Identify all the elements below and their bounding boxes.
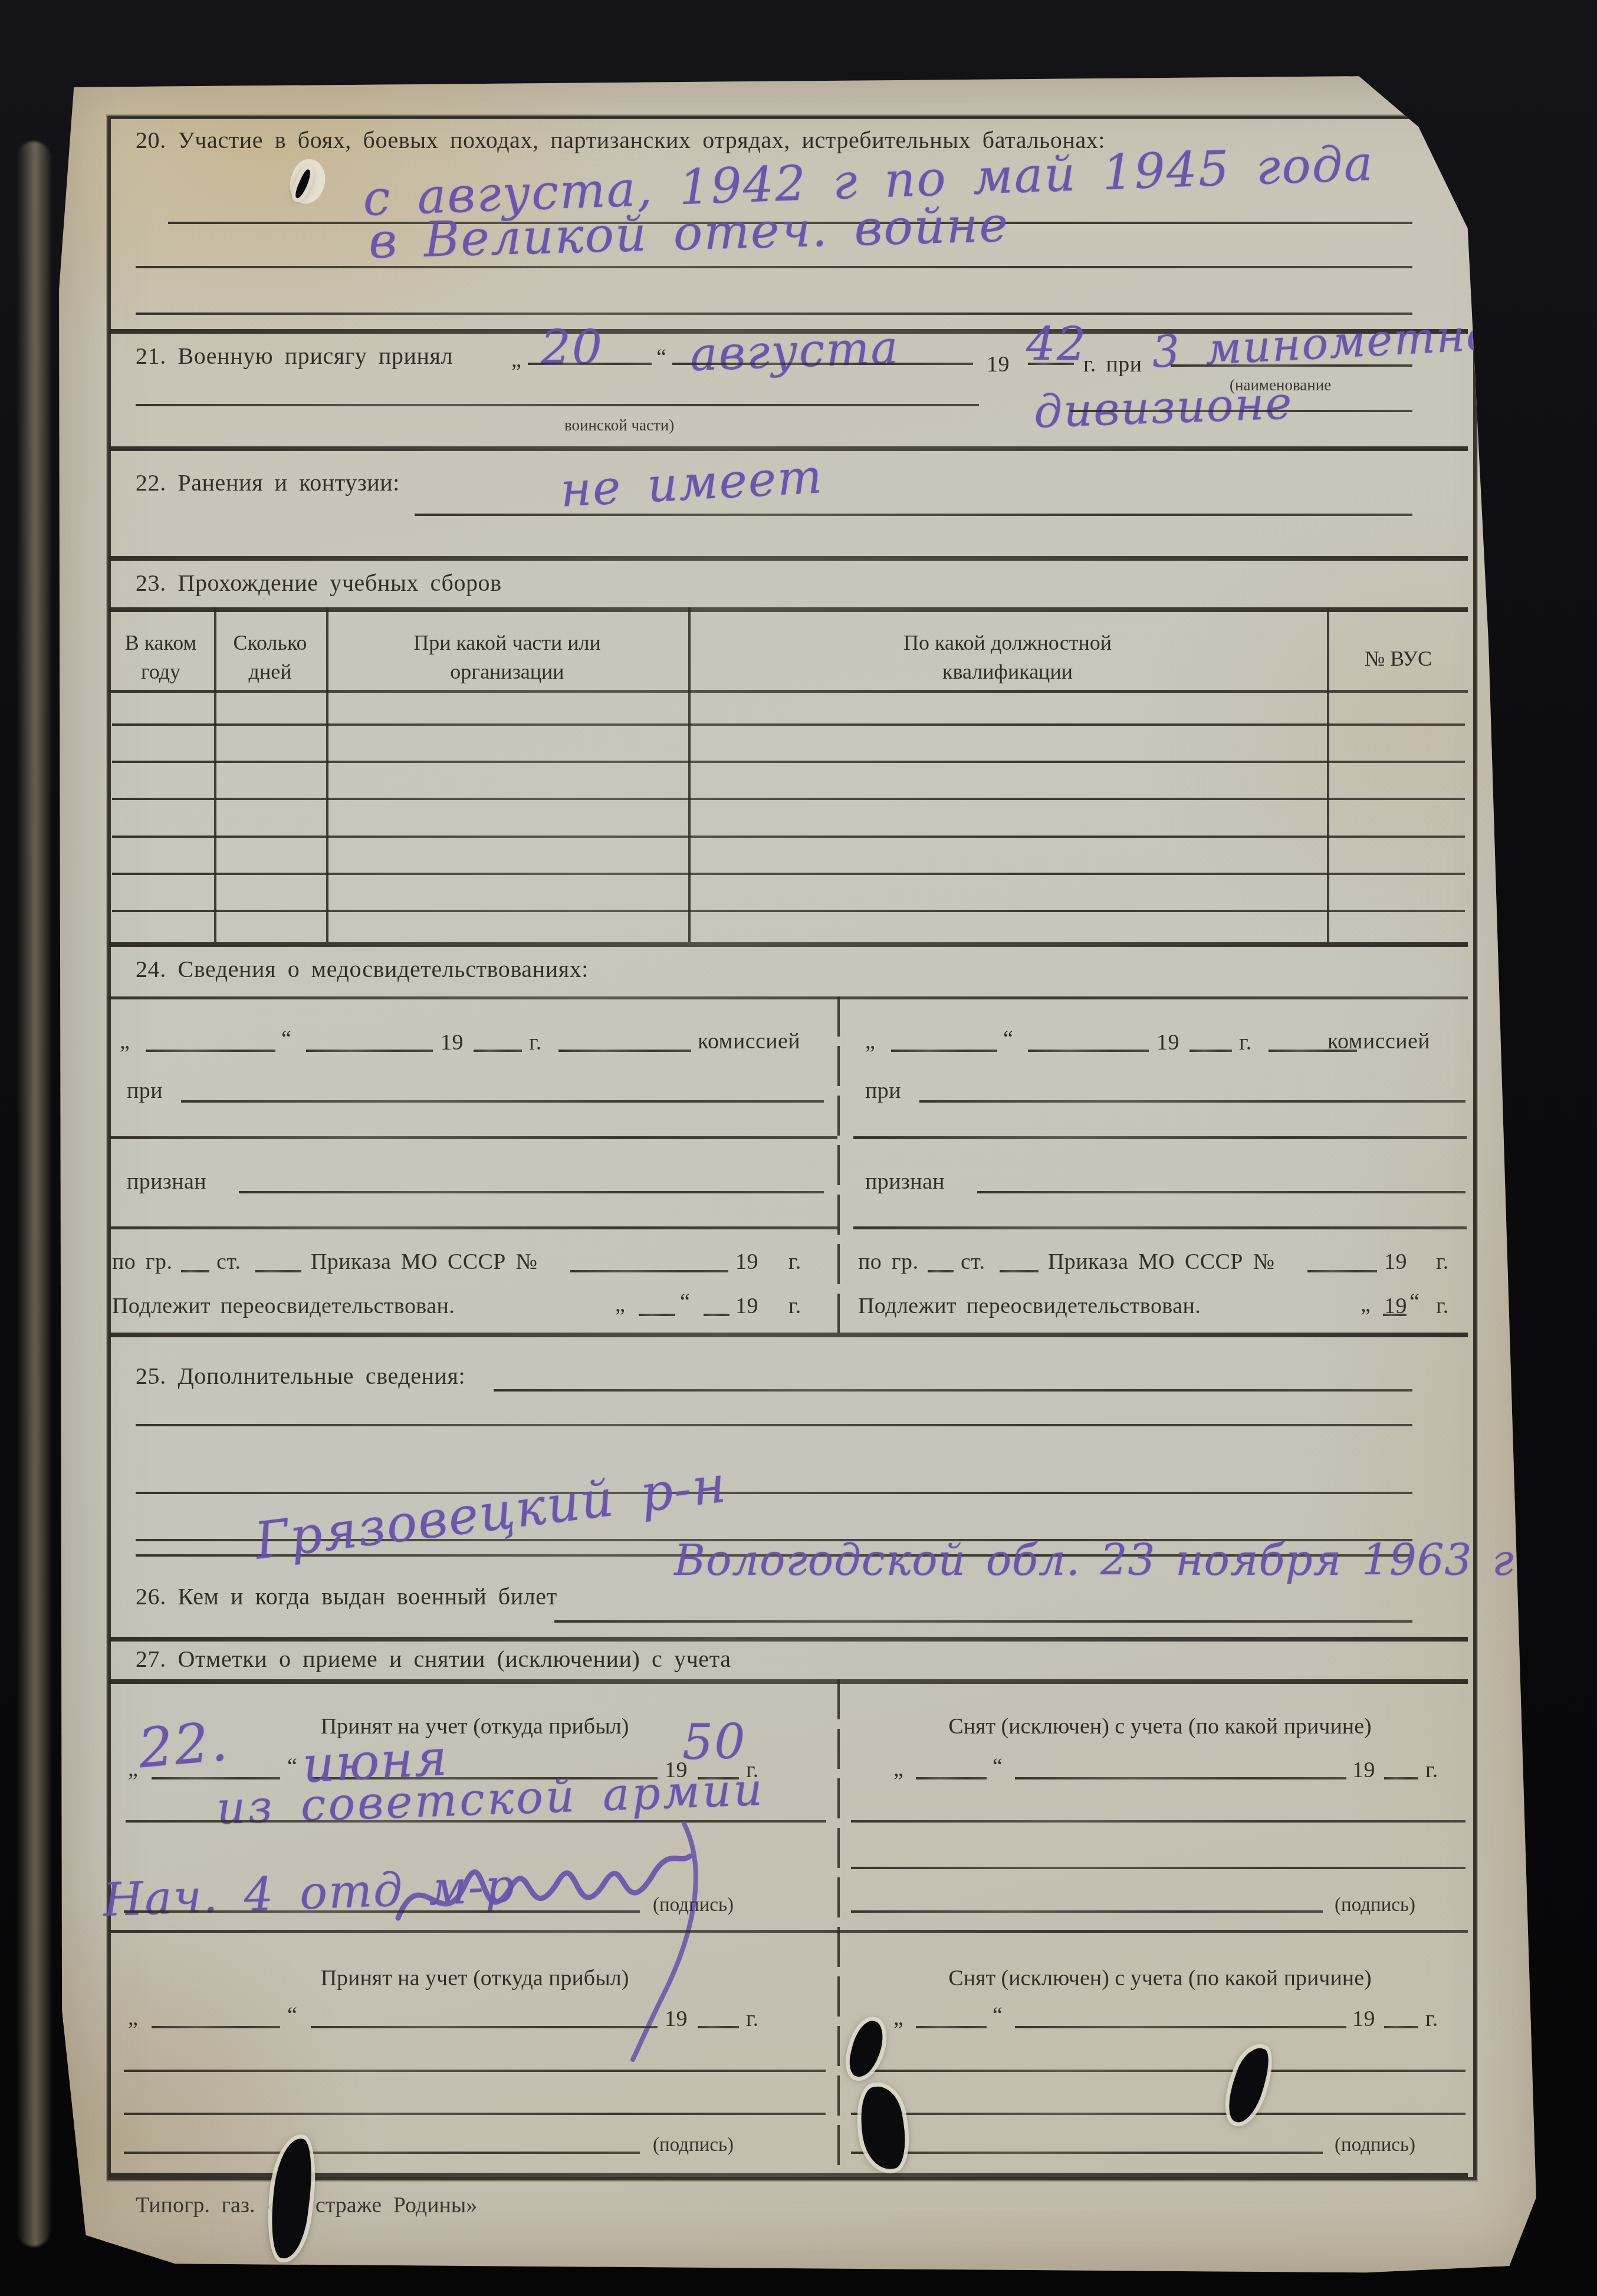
section-divider xyxy=(109,1333,1468,1337)
remove-header: Снят (исключен) с учета (по какой причин… xyxy=(853,1963,1467,1994)
column-divider xyxy=(688,607,691,942)
rule-line xyxy=(558,1050,691,1052)
printed-19: 19 xyxy=(735,1293,758,1319)
section-22-label: 22. Ранения и контузии: xyxy=(136,469,400,496)
rule-line xyxy=(124,2070,826,2072)
printed-g: г. xyxy=(1436,1293,1449,1319)
printed-19: 19 xyxy=(665,2006,688,2032)
rule-line xyxy=(136,1492,1412,1494)
med-table-top xyxy=(109,996,1468,999)
printed-g: г. xyxy=(788,1293,801,1319)
register-row-divider xyxy=(109,1930,1468,1933)
quote-open: „ xyxy=(128,1756,138,1782)
med-row-divider xyxy=(109,1226,837,1229)
rule-line xyxy=(851,1910,1323,1913)
printed-g: г. xyxy=(1425,2006,1438,2032)
printed-st: ст. xyxy=(961,1249,985,1275)
printed-19: 19 xyxy=(1384,1293,1407,1319)
quote-close: “ xyxy=(656,344,666,370)
rule-line xyxy=(1000,1270,1039,1272)
hand-accept-day: 22. xyxy=(136,1710,231,1781)
rule-line xyxy=(891,1050,997,1052)
rule-line xyxy=(554,1620,1412,1623)
printed-g: г. xyxy=(1436,1249,1449,1275)
med-column-divider xyxy=(837,996,840,1333)
printed-priznan: признан xyxy=(865,1169,945,1195)
printed-19: 19 xyxy=(1352,2006,1375,2032)
table-top-border xyxy=(109,1679,1468,1684)
register-column-divider xyxy=(837,1679,840,2173)
signature-caption: (подпись) xyxy=(653,1894,734,1916)
table-row-line xyxy=(112,910,1465,912)
rule-line xyxy=(916,1777,987,1779)
printed-19: 19 xyxy=(1384,1249,1407,1275)
section-divider xyxy=(109,556,1468,561)
printed-19: 19 xyxy=(987,351,1010,377)
quote-close: “ xyxy=(1003,1026,1013,1052)
rule-line xyxy=(415,514,1412,516)
rule-line xyxy=(124,2113,826,2115)
section-25-label: 25. Дополнительные сведения: xyxy=(136,1362,465,1390)
rule-line xyxy=(704,1314,730,1316)
printed-pri: при xyxy=(865,1078,901,1104)
remove-header: Снят (исключен) с учета (по какой причин… xyxy=(853,1712,1467,1742)
rule-line xyxy=(494,1389,1412,1392)
rule-line xyxy=(474,1050,522,1052)
caption-voinskoy-chasti: воинской части) xyxy=(564,416,674,435)
signature-caption: (подпись) xyxy=(1335,2134,1415,2156)
table-row-line xyxy=(112,761,1465,763)
section-21-label: 21. Военную присягу принял xyxy=(136,342,453,370)
rule-line xyxy=(136,313,1412,315)
rule-line xyxy=(306,1050,433,1052)
hand-accept-year: 50 xyxy=(682,1715,746,1771)
section-23-label: 23. Прохождение учебных сборов xyxy=(136,569,502,597)
printed-prikaz: Приказа МО СССР № xyxy=(1048,1249,1274,1275)
hand-oath-day: 20 xyxy=(541,320,603,375)
rule-line xyxy=(1307,1270,1377,1272)
col-header-qual: По какой должностной квалификации xyxy=(688,629,1327,686)
rule-line xyxy=(698,2026,739,2028)
rule-line xyxy=(1015,2026,1346,2028)
rule-line xyxy=(124,1910,640,1913)
rule-line xyxy=(851,2152,1323,2154)
column-divider xyxy=(214,607,216,942)
column-divider xyxy=(326,607,328,942)
printed-po-gr: по гр. xyxy=(112,1249,172,1275)
frame-bottom-border xyxy=(109,2173,1468,2177)
rule-line xyxy=(916,2026,987,2028)
quote-close: “ xyxy=(993,2002,1003,2028)
rule-line xyxy=(1384,1777,1418,1779)
rule-line xyxy=(851,1867,1465,1869)
rule-line xyxy=(239,1191,824,1193)
col-header-part: При какой части или организации xyxy=(326,629,688,686)
hand-issue-region-date: Вологодской обл. 23 ноября 1963 г. xyxy=(674,1535,1529,1585)
rule-line xyxy=(977,1191,1465,1193)
rule-line xyxy=(672,363,973,365)
printed-19: 19 xyxy=(441,1029,464,1055)
table-row-line xyxy=(112,873,1465,875)
table-row-line xyxy=(112,798,1465,800)
rule-line xyxy=(311,2026,658,2028)
quote-open: „ xyxy=(511,347,521,373)
rule-line xyxy=(928,1270,954,1272)
rule-line xyxy=(919,1100,1465,1103)
quote-close: “ xyxy=(287,2002,297,2028)
table-row-line xyxy=(112,723,1465,726)
quote-open: „ xyxy=(128,2005,138,2031)
quote-open: „ xyxy=(865,1028,875,1054)
section-27-label: 27. Отметки о приеме и снятии (исключени… xyxy=(136,1645,731,1673)
printed-prikaz: Приказа МО СССР № xyxy=(311,1249,537,1275)
printed-st: ст. xyxy=(216,1249,241,1275)
printed-g: г. xyxy=(746,2006,759,2032)
quote-open: „ xyxy=(120,1028,130,1054)
rule-line xyxy=(124,2152,640,2154)
med-row-divider xyxy=(853,1226,1467,1229)
rule-line xyxy=(1028,1050,1149,1052)
rule-line xyxy=(181,1270,209,1272)
rule-line xyxy=(181,1100,824,1103)
printed-19: 19 xyxy=(735,1249,758,1275)
rule-line xyxy=(255,1270,301,1272)
printed-komissiey: комиссией xyxy=(1327,1028,1430,1054)
med-row-divider xyxy=(109,1136,837,1139)
printed-19: 19 xyxy=(1352,1757,1375,1783)
printed-po-gr: по гр. xyxy=(858,1249,918,1275)
quote-open: „ xyxy=(893,2005,903,2031)
quote-close: “ xyxy=(281,1026,291,1052)
section-24-label: 24. Сведения о медосвидетельствованиях: xyxy=(136,955,589,983)
quote-open: „ xyxy=(893,1756,903,1782)
quote-open: „ xyxy=(1361,1291,1371,1317)
rule-line xyxy=(146,1050,275,1052)
section-26-label: 26. Кем и когда выдан военный билет xyxy=(136,1583,557,1610)
printed-komissiey: комиссией xyxy=(698,1028,800,1054)
printed-g: г. xyxy=(529,1029,542,1055)
quote-close: “ xyxy=(993,1754,1003,1779)
rule-line xyxy=(136,1424,1412,1426)
accept-header: Принят на учет (откуда прибыл) xyxy=(139,1963,811,1994)
printed-podlezhit: Подлежит переосвидетельствован. xyxy=(112,1293,455,1319)
rule-line xyxy=(136,404,979,406)
section-divider xyxy=(109,1637,1468,1642)
table-row-line xyxy=(112,835,1465,838)
hand-oath-month: августа xyxy=(689,321,901,381)
printed-g: г. xyxy=(1425,1757,1438,1783)
printed-podlezhit: Подлежит переосвидетельствован. xyxy=(858,1293,1201,1319)
quote-open: „ xyxy=(615,1291,625,1317)
rule-line xyxy=(1015,1777,1346,1779)
signature-caption: (подпись) xyxy=(1335,1894,1415,1916)
rule-line xyxy=(152,2026,280,2028)
rule-line xyxy=(851,2113,1465,2115)
col-header-year: В каком году xyxy=(107,629,214,686)
printed-priznan: признан xyxy=(127,1169,206,1195)
quote-close: “ xyxy=(287,1754,297,1779)
scan-background: 20. Участие в боях, боевых походах, парт… xyxy=(0,0,1597,2296)
adjacent-page-edge xyxy=(17,142,51,2246)
hand-unit-line2: дивизионе xyxy=(1033,376,1294,438)
rule-line xyxy=(1028,363,1074,365)
quote-close: “ xyxy=(1409,1289,1419,1315)
rule-line xyxy=(1171,364,1412,367)
rule-line xyxy=(851,1820,1465,1823)
rule-line xyxy=(1070,410,1412,412)
printed-g: г. xyxy=(788,1249,801,1275)
printed-g-pri: г. при xyxy=(1083,351,1142,377)
table-bottom-border xyxy=(109,942,1468,947)
printed-19: 19 xyxy=(1156,1029,1179,1055)
rule-line xyxy=(570,1270,728,1272)
signature-caption: (подпись) xyxy=(653,2134,734,2156)
header-bottom-border xyxy=(109,690,1468,693)
military-id-page: 20. Участие в боях, боевых походах, парт… xyxy=(56,70,1545,2275)
rule-line xyxy=(1384,2026,1418,2028)
quote-close: “ xyxy=(680,1289,690,1315)
med-row-divider xyxy=(853,1136,1467,1139)
printed-pri: при xyxy=(127,1078,163,1104)
printed-g: г. xyxy=(1239,1029,1252,1055)
rule-line xyxy=(136,266,1412,268)
rule-line xyxy=(851,2070,1465,2072)
table-top-border xyxy=(109,607,1468,612)
rule-line xyxy=(1189,1050,1232,1052)
rule-line xyxy=(639,1314,675,1316)
rule-line xyxy=(528,363,652,365)
col-header-vus: № ВУС xyxy=(1327,644,1470,673)
col-header-days: Сколько дней xyxy=(214,629,326,686)
column-divider xyxy=(1327,607,1329,942)
